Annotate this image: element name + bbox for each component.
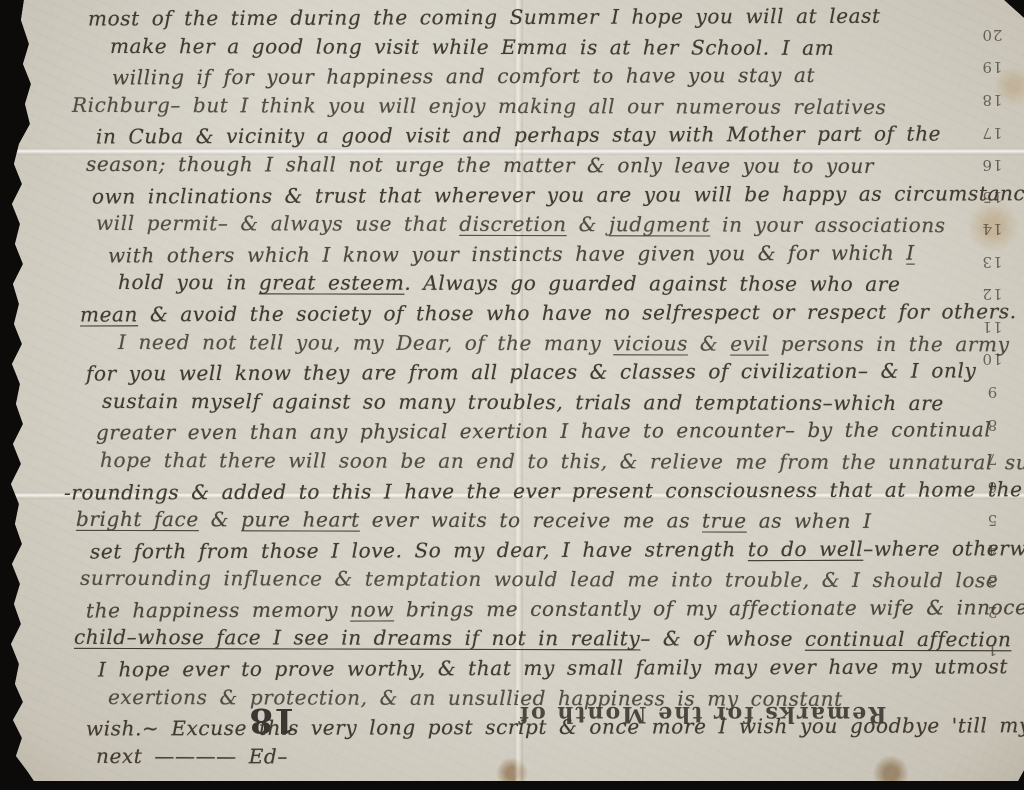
letter-line: next ———— Ed– — [0, 742, 1024, 774]
letter-body: most of the time during the coming Summe… — [0, 3, 1024, 772]
letter-line: child–whose face I see in dreams if not … — [0, 623, 1024, 655]
letter-line: I need not tell you, my Dear, of the man… — [0, 327, 1024, 359]
letter-line: hope that there will soon be an end to t… — [0, 446, 1024, 478]
scan-background: 212019181716151413121110987654321 18 Rem… — [0, 0, 1024, 790]
letter-line: with others which I know your instincts … — [0, 238, 1024, 271]
letter-line: Richburg– but I think you will enjoy mak… — [0, 90, 1024, 122]
letter-line: wish.~ Excuse this very long post script… — [0, 711, 1024, 744]
letter-line: set forth from those I love. So my dear,… — [0, 534, 1024, 567]
letter-line: willing if for your happiness and comfor… — [0, 60, 1024, 93]
letter-line: greater even than any physical exertion … — [0, 416, 1024, 449]
letter-line: sustain myself against so many troubles,… — [0, 386, 1024, 418]
letter-line: the happiness memory now brings me const… — [0, 593, 1024, 626]
letter-line: make her a good long visit while Emma is… — [0, 31, 1024, 63]
letter-line: bright face & pure heart ever waits to r… — [0, 505, 1024, 537]
letter-line: surrounding influence & temptation would… — [0, 564, 1024, 596]
letter-line: mean & avoid the society of those who ha… — [0, 297, 1024, 330]
letter-page: 212019181716151413121110987654321 18 Rem… — [0, 0, 1024, 781]
letter-line: for you well know they are from all plac… — [0, 356, 1024, 389]
letter-line: exertions & protection, & an unsullied h… — [0, 682, 1024, 714]
letter-line: I hope ever to prove worthy, & that my s… — [0, 652, 1024, 685]
letter-line: most of the time during the coming Summe… — [0, 1, 1024, 34]
letter-line: hold you in great esteem. Always go guar… — [0, 268, 1024, 300]
letter-line: will permit– & always use that discretio… — [0, 209, 1024, 241]
letter-line: in Cuba & vicinity a good visit and perh… — [0, 120, 1024, 153]
letter-line: -roundings & added to this I have the ev… — [0, 475, 1024, 508]
letter-line: season; though I shall not urge the matt… — [0, 150, 1024, 182]
letter-line: own inclinations & trust that wherever y… — [0, 179, 1024, 212]
